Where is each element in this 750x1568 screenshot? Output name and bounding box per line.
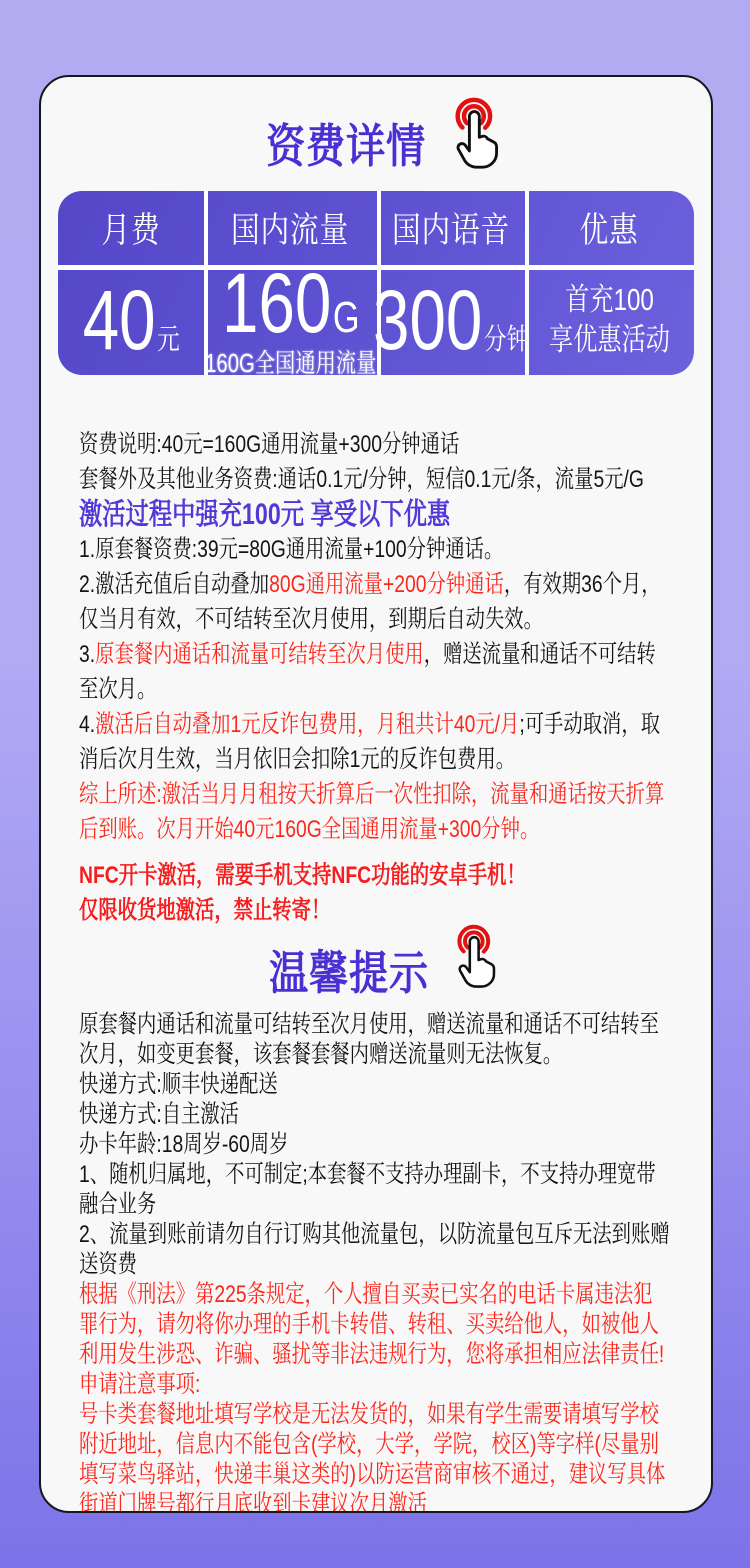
paragraph: 1、随机归属地，不可制定;本套餐不支持办理副卡，不支持办理宽带融合业务: [79, 1160, 671, 1220]
paragraph: 激活过程中强充100元 享受以下优惠: [79, 497, 671, 532]
paragraph: 综上所述:激活当月月租按天折算后一次性扣除，流量和通话按天折算后到账。次月开始4…: [79, 777, 671, 847]
table-row-divider: [58, 265, 694, 270]
paragraph: 申请注意事项:: [79, 1370, 671, 1400]
text-span: 激活后自动叠加1元反诈包费用，月租共计40元/月: [95, 711, 519, 738]
plan-table: 月费 国内流量 国内语音 优惠 40元 160G 160G全国通用流量: [58, 191, 694, 375]
text-span: 80G通用流量+200分钟通话: [269, 571, 504, 598]
text-span: 套餐外及其他业务资费:通话0.1元/分钟，短信0.1元/条，流量5元/G: [79, 466, 644, 493]
paragraph: 3.原套餐内通话和流量可结转至次月使用，赠送流量和通话不可结转至次月。: [79, 637, 671, 707]
promo-page-background: 资费详情 月费 国内流量 国内语音 优惠 40元 160G: [0, 0, 750, 1568]
text-span: 申请注意事项:: [79, 1371, 200, 1398]
tips-title-section: 温馨提示: [41, 932, 711, 1008]
paragraph: 号卡类套餐地址填写学校是无法发货的，如果有学生需要请填写学校附近地址，信息内不能…: [79, 1400, 671, 1513]
text-span: 2.激活充值后自动叠加: [79, 571, 269, 598]
table-column-divider: [377, 191, 381, 375]
monthly-fee-value: 40: [82, 278, 155, 362]
voice-unit: 分钟: [484, 317, 529, 358]
text-span: 1.原套餐资费:39元=80G通用流量+100分钟通话。: [79, 536, 503, 563]
column-header-discount: 优惠: [525, 191, 694, 265]
paragraph: 办卡年龄:18周岁-60周岁: [79, 1130, 671, 1160]
text-span: NFC开卡激活，需要手机支持NFC功能的安卓手机！: [79, 862, 526, 889]
discount-line2: 享优惠活动: [549, 320, 670, 360]
data-unit: G: [333, 293, 360, 343]
cell-discount: 首充100 享优惠活动: [525, 265, 694, 375]
column-header-voice: 国内语音: [377, 191, 525, 265]
text-span: 资费说明:40元=160G通用流量+300分钟通话: [79, 431, 459, 458]
text-span: 办卡年龄:18周岁-60周岁: [79, 1131, 288, 1158]
data-value: 160: [222, 261, 331, 345]
cell-monthly-fee: 40元: [58, 265, 204, 375]
fees-title-section: 资费详情: [41, 101, 711, 185]
text-span: 4.: [79, 711, 95, 738]
column-header-data: 国内流量: [204, 191, 377, 265]
fees-title: 资费详情: [266, 110, 426, 176]
paragraph: 2.激活充值后自动叠加80G通用流量+200分钟通话，有效期36个月，仅当月有效…: [79, 567, 671, 637]
paragraph: 资费说明:40元=160G通用流量+300分钟通话: [79, 427, 671, 462]
paragraph: 原套餐内通话和流量可结转至次月使用，赠送流量和通话不可结转至次月，如变更套餐，该…: [79, 1010, 671, 1070]
cell-voice-minutes: 300分钟: [377, 265, 525, 375]
paragraph: 根据《刑法》第225条规定，个人擅自买卖已实名的电话卡属违法犯罪行为，请勿将你办…: [79, 1280, 671, 1370]
paragraph: 快递方式:自主激活: [79, 1100, 671, 1130]
tips-body-text: 原套餐内通话和流量可结转至次月使用，赠送流量和通话不可结转至次月，如变更套餐，该…: [79, 1010, 671, 1513]
text-span: 综上所述:激活当月月租按天折算后一次性扣除，流量和通话按天折算后到账。次月开始4…: [79, 781, 664, 843]
text-span: 仅限收货地激活，禁止转寄！: [79, 897, 330, 924]
data-note: 160G全国通用流量: [205, 343, 376, 376]
paragraph: 快递方式:顺丰快递配送: [79, 1070, 671, 1100]
discount-line1: 首充100: [549, 280, 670, 320]
paragraph: 套餐外及其他业务资费:通话0.1元/分钟，短信0.1元/条，流量5元/G: [79, 462, 671, 497]
text-span: 激活过程中强充100元 享受以下优惠: [79, 498, 450, 531]
paragraph: 1.原套餐资费:39元=80G通用流量+100分钟通话。: [79, 532, 671, 567]
table-column-divider: [525, 191, 529, 375]
voice-value: 300: [373, 278, 482, 362]
text-span: 快递方式:顺丰快递配送: [79, 1071, 278, 1098]
header-label: 国内流量: [231, 203, 349, 253]
paragraph: 仅限收货地激活，禁止转寄！: [79, 893, 671, 928]
rate-plan-card: 资费详情 月费 国内流量 国内语音 优惠 40元 160G: [39, 75, 713, 1513]
plan-table-grid: 月费 国内流量 国内语音 优惠 40元 160G 160G全国通用流量: [58, 191, 694, 375]
monthly-fee-unit: 元: [157, 317, 180, 358]
cell-data-allowance: 160G 160G全国通用流量: [204, 265, 377, 375]
text-span: 3.: [79, 641, 95, 668]
text-span: 根据《刑法》第225条规定，个人擅自买卖已实名的电话卡属违法犯罪行为，请勿将你办…: [79, 1281, 664, 1368]
text-span: 原套餐内通话和流量可结转至次月使用: [95, 641, 424, 668]
header-label: 月费: [101, 203, 160, 253]
text-span: 快递方式:自主激活: [79, 1101, 239, 1128]
paragraph: 4.激活后自动叠加1元反诈包费用，月租共计40元/月;可手动取消，取消后次月生效…: [79, 707, 671, 777]
tap-finger-icon[interactable]: [449, 921, 497, 995]
paragraph: 2、流量到账前请勿自行订购其他流量包，以防流量包互斥无法到账赠送资费: [79, 1220, 671, 1280]
header-label: 优惠: [580, 203, 639, 253]
tips-title: 温馨提示: [269, 937, 429, 1003]
header-label: 国内语音: [392, 203, 510, 253]
table-column-divider: [204, 191, 208, 375]
column-header-monthly-fee: 月费: [58, 191, 204, 265]
text-span: 2、流量到账前请勿自行订购其他流量包，以防流量包互斥无法到账赠送资费: [79, 1221, 670, 1278]
text-span: 原套餐内通话和流量可结转至次月使用，赠送流量和通话不可结转至次月，如变更套餐，该…: [79, 1011, 659, 1068]
text-span: 号卡类套餐地址填写学校是无法发货的，如果有学生需要请填写学校附近地址，信息内不能…: [79, 1401, 665, 1513]
paragraph: NFC开卡激活，需要手机支持NFC功能的安卓手机！: [79, 858, 671, 893]
text-span: 1、随机归属地，不可制定;本套餐不支持办理副卡，不支持办理宽带融合业务: [79, 1161, 656, 1218]
tap-finger-icon[interactable]: [446, 94, 500, 176]
fee-details-text: 资费说明:40元=160G通用流量+300分钟通话套餐外及其他业务资费:通话0.…: [79, 427, 671, 928]
